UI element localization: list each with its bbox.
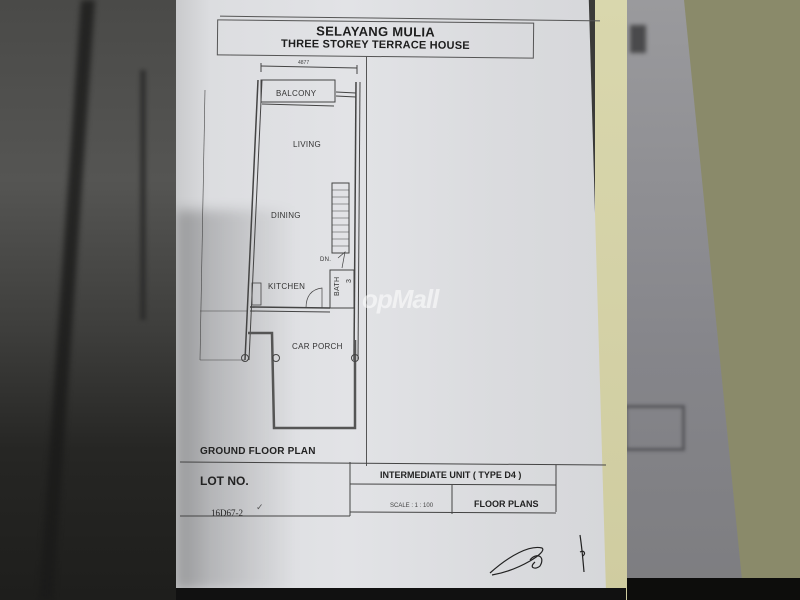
room-label-dining: DINING (271, 211, 301, 220)
room-label-car-porch: CAR PORCH (292, 342, 343, 351)
room-label-kitchen: KITCHEN (268, 282, 305, 291)
unit-type: INTERMEDIATE UNIT ( TYPE D4 ) (380, 470, 521, 480)
bath-number: 3 (346, 279, 353, 283)
dimension-label: 4877 (298, 60, 309, 66)
sheet-title: FLOOR PLANS (474, 499, 539, 509)
lot-number-value: 16D67-2 (211, 508, 243, 518)
lot-number-label: LOT NO. (200, 474, 249, 488)
signature (490, 535, 584, 575)
scale-label: SCALE : 1 : 100 (390, 503, 433, 509)
room-label-living: LIVING (293, 140, 321, 149)
room-label-balcony: BALCONY (276, 89, 316, 98)
stair-down-label: DN. (320, 257, 331, 263)
check-mark: ✓ (256, 502, 264, 513)
plan-caption: GROUND FLOOR PLAN (200, 446, 316, 457)
watermark: opMall (362, 284, 438, 315)
room-label-bath: BATH (334, 277, 341, 296)
